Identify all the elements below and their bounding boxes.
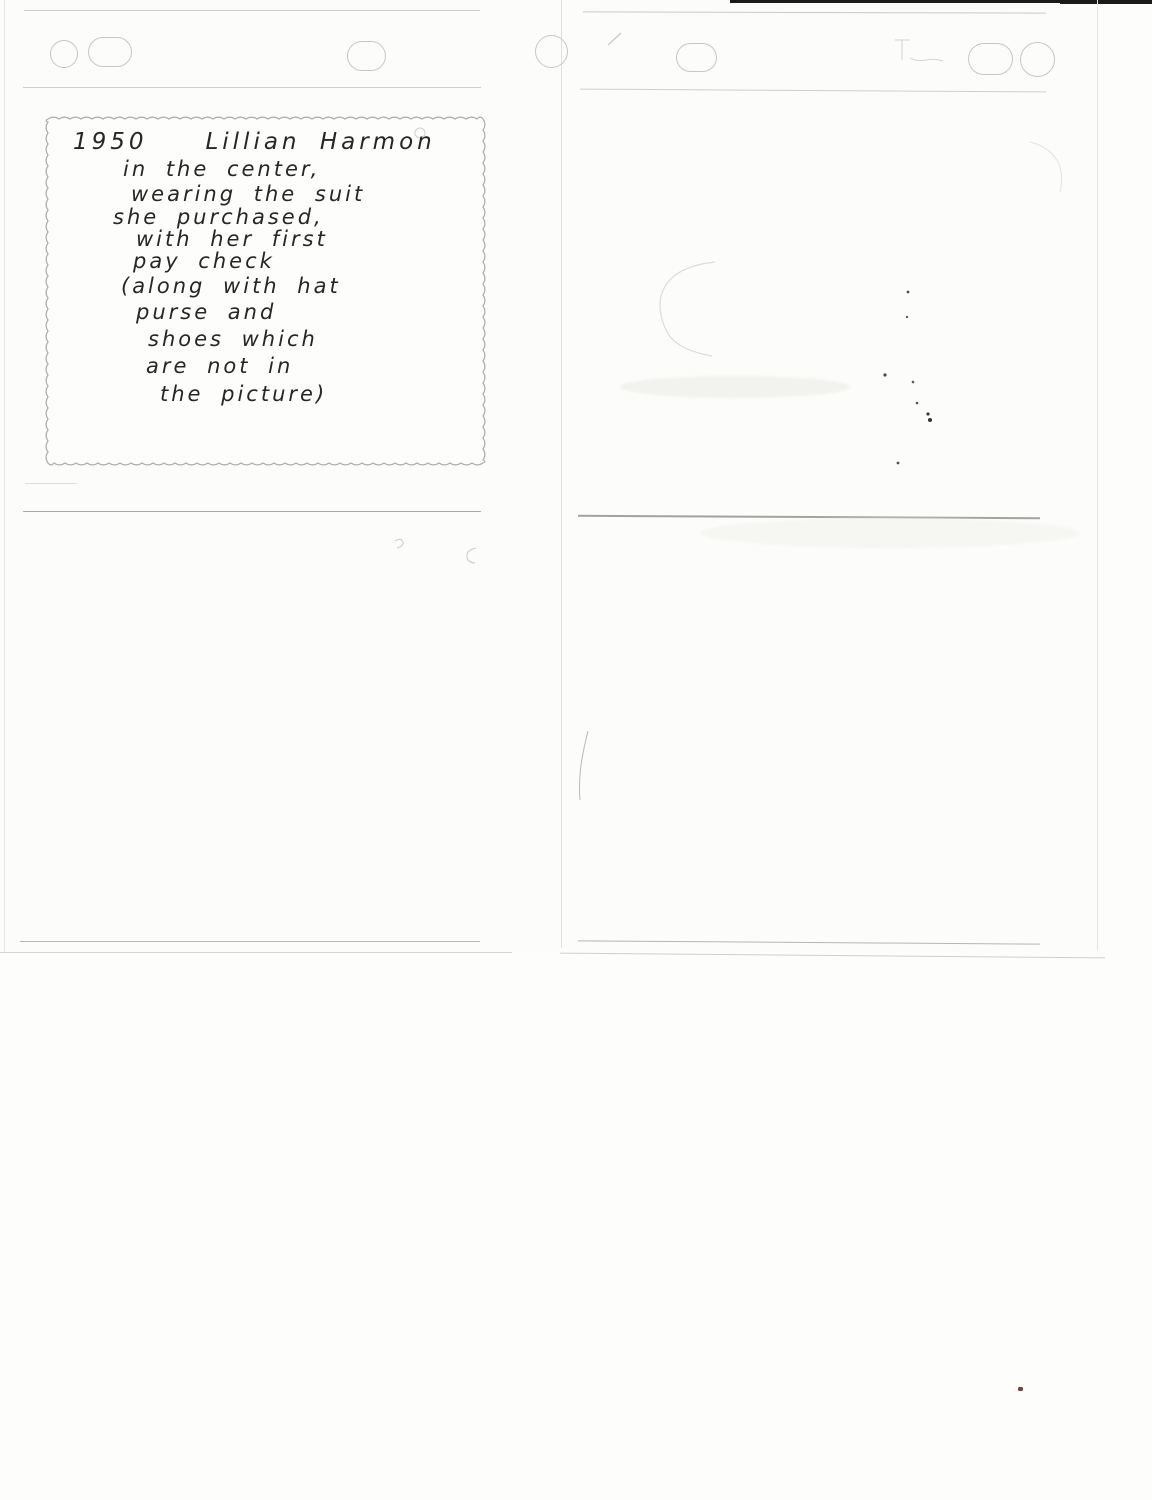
photo-deckle-edge xyxy=(46,117,485,465)
toner-speck xyxy=(926,412,929,415)
faint-squiggle-mark xyxy=(395,539,403,548)
toner-speck xyxy=(907,291,910,294)
embossed-t-mark xyxy=(895,40,910,60)
ghost-curve-mark xyxy=(660,262,715,356)
faint-squiggle-mark xyxy=(467,548,476,563)
toner-speck xyxy=(906,316,908,318)
toner-speck xyxy=(883,373,886,376)
embossed-squiggle-mark xyxy=(910,58,943,61)
toner-speck xyxy=(916,402,919,405)
ghost-curve-mark xyxy=(1030,142,1062,192)
toner-speck xyxy=(897,462,900,465)
pen-slash-mark xyxy=(608,33,621,45)
toner-speck xyxy=(928,418,932,422)
scanned-album-page-sheet: 1950 Lillian Harmon in the center, weari… xyxy=(0,0,1152,1500)
toner-speck xyxy=(912,381,915,384)
crease-mark xyxy=(579,731,588,800)
photo-back xyxy=(40,111,492,473)
red-speck xyxy=(1018,1387,1023,1391)
